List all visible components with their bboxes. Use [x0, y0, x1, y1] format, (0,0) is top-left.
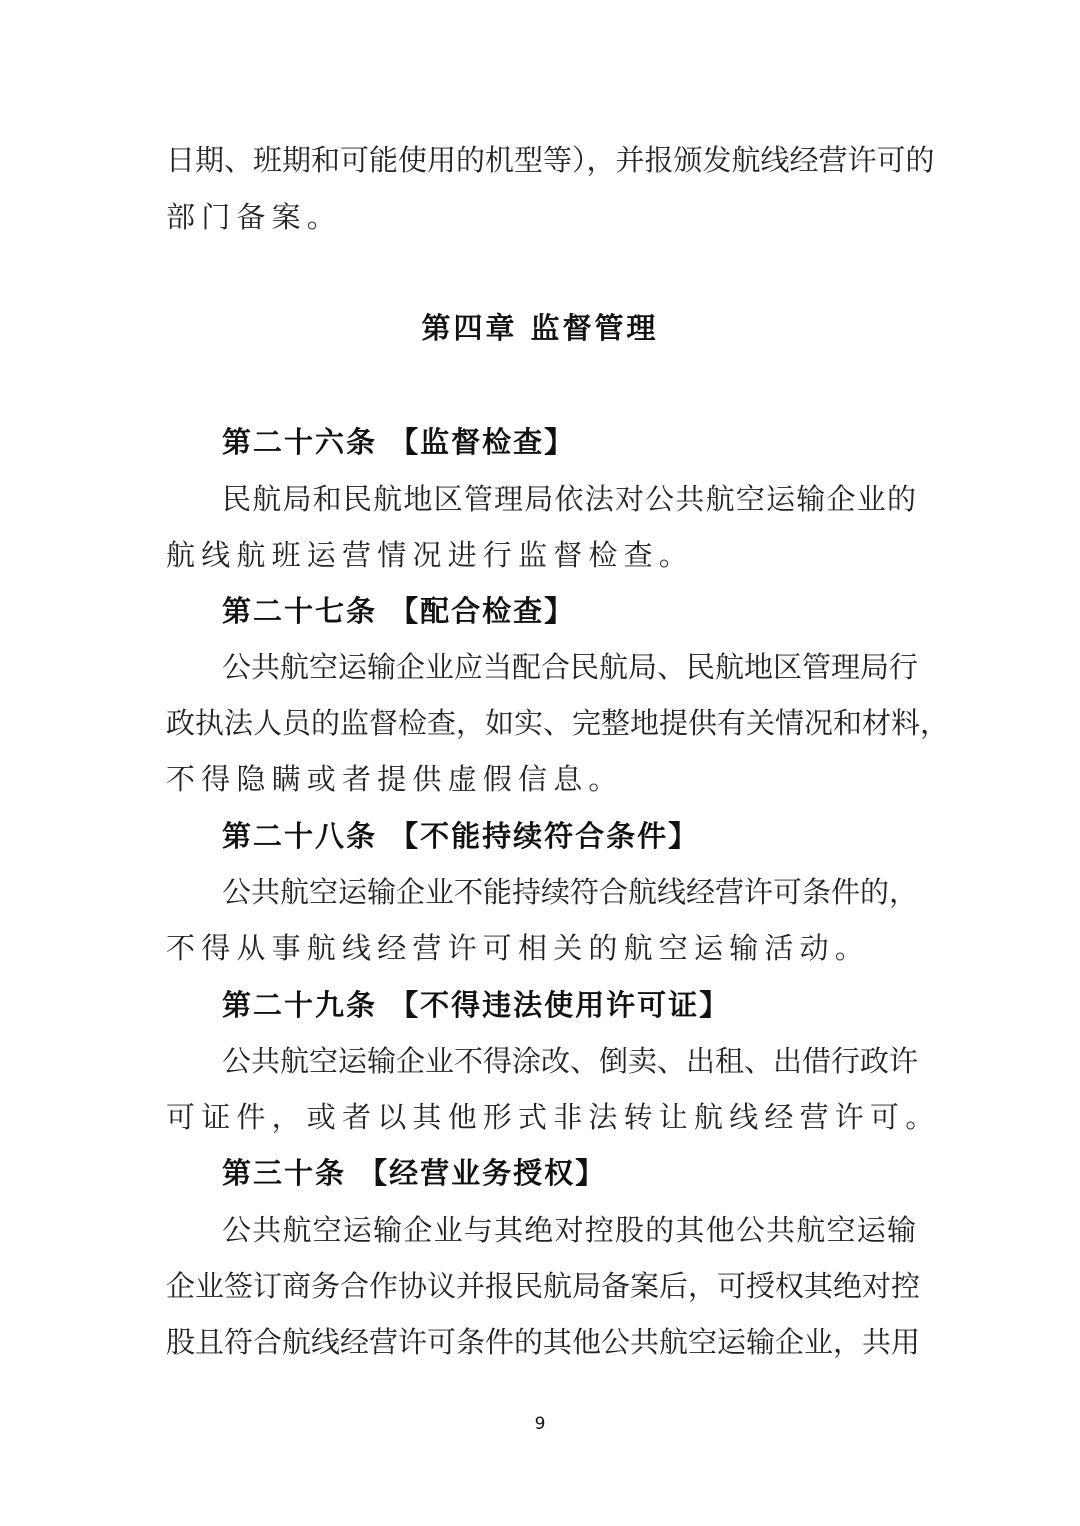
chapter-heading: 第四章 监督管理 — [0, 310, 1080, 346]
article-heading: 第三十条 【经营业务授权】 — [222, 1155, 606, 1191]
paragraph-line: 不得从事航线经营许可相关的航空运输活动。 — [166, 930, 916, 966]
paragraph-line: 公共航空运输企业不能持续符合航线经营许可条件的， — [222, 874, 916, 910]
article-heading: 第二十八条 【不能持续符合条件】 — [222, 818, 699, 854]
paragraph-line: 企业签订商务合作协议并报民航局备案后，可授权其绝对控 — [166, 1268, 916, 1304]
paragraph-line: 日期、班期和可能使用的机型等），并报颁发航线经营许可的 — [166, 142, 916, 178]
paragraph-line: 公共航空运输企业不得涂改、倒卖、出租、出借行政许 — [222, 1043, 916, 1079]
article-heading: 第二十六条 【监督检查】 — [222, 424, 575, 460]
paragraph-line: 不得隐瞒或者提供虚假信息。 — [166, 761, 916, 797]
paragraph-line: 公共航空运输企业与其绝对控股的其他公共航空运输 — [222, 1212, 916, 1248]
article-heading: 第二十九条 【不得违法使用许可证】 — [222, 987, 730, 1023]
paragraph-line: 公共航空运输企业应当配合民航局、民航地区管理局行 — [222, 649, 916, 685]
paragraph-line: 航线航班运营情况进行监督检查。 — [166, 537, 916, 573]
paragraph-line: 部门备案。 — [166, 199, 916, 235]
paragraph-line: 股且符合航线经营许可条件的其他公共航空运输企业，共用 — [166, 1324, 916, 1360]
paragraph-line: 民航局和民航地区管理局依法对公共航空运输企业的 — [222, 481, 916, 517]
paragraph-line: 政执法人员的监督检查，如实、完整地提供有关情况和材料， — [166, 705, 916, 741]
document-page: 日期、班期和可能使用的机型等），并报颁发航线经营许可的 部门备案。 第四章 监督… — [0, 0, 1080, 1526]
page-number: 9 — [0, 1414, 1080, 1434]
paragraph-line: 可证件，或者以其他形式非法转让航线经营许可。 — [166, 1099, 916, 1135]
article-heading: 第二十七条 【配合检查】 — [222, 593, 575, 629]
